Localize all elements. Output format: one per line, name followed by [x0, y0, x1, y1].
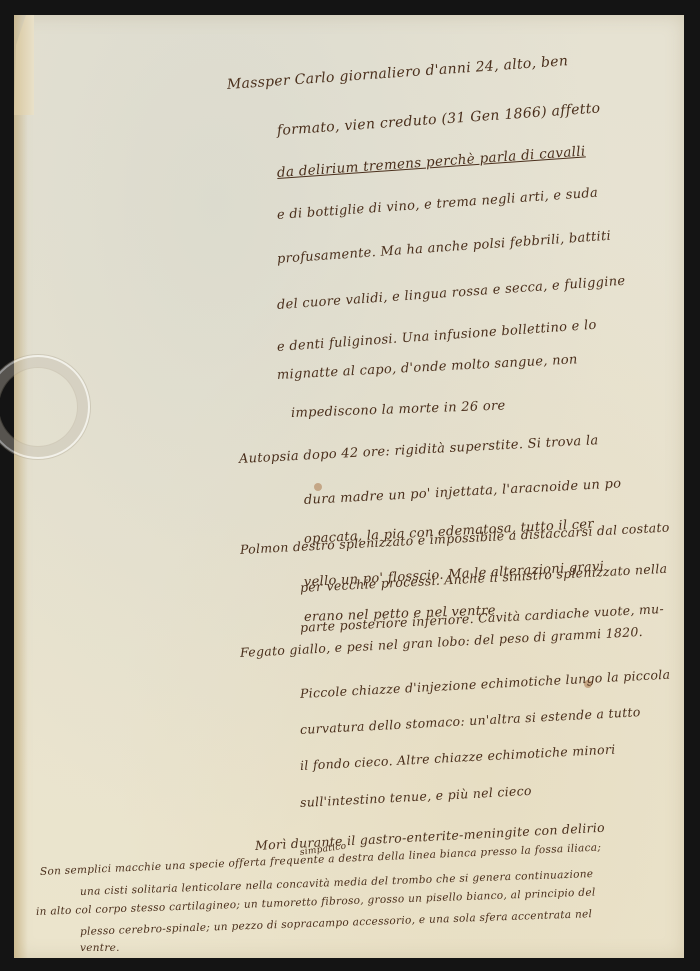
manuscript-page: Massper Carlo giornaliero d'anni 24, alt…	[14, 15, 684, 958]
text-line: da delirium tremens perchè parla di cava…	[276, 143, 586, 181]
text-line: dura madre un po' injettata, l'aracnoide…	[304, 476, 622, 508]
footnote-line: ventre.	[80, 942, 120, 954]
text-line: profusamente. Ma ha anche polsi febbrili…	[276, 229, 611, 267]
text-line: formato, vien creduto (31 Gen 1866) affe…	[276, 100, 600, 139]
text-line: impediscono la morte in 26 ore	[291, 399, 506, 421]
text-line: e denti fuliginosi. Una infusione bollet…	[276, 318, 597, 355]
text-line: Massper Carlo giornaliero d'anni 24, alt…	[226, 53, 568, 93]
text-line: del cuore validi, e lingua rossa e secca…	[276, 274, 625, 313]
text-line: e di bottiglie di vino, e trema negli ar…	[276, 186, 598, 223]
folded-corner	[14, 15, 34, 115]
ink-stain	[314, 483, 322, 491]
text-line: mignatte al capo, d'onde molto sangue, n…	[277, 352, 578, 383]
embossed-seal-icon	[0, 355, 90, 459]
text-line: Autopsia dopo 42 ore: rigidità superstit…	[239, 433, 599, 467]
